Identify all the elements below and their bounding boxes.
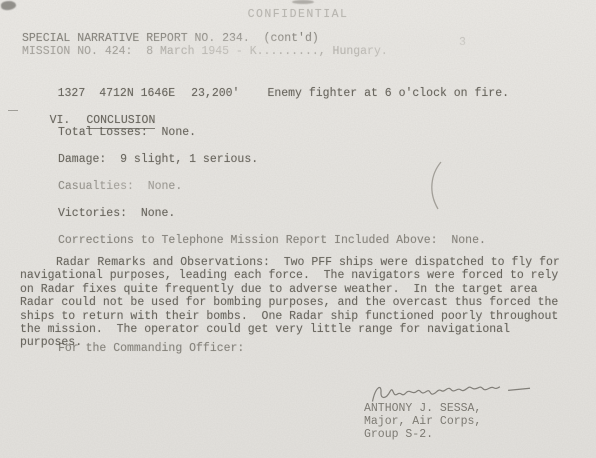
signature-unit: Group S-2. xyxy=(364,428,433,442)
scanned-document-page: CONFIDENTIAL SPECIAL NARRATIVE REPORT NO… xyxy=(0,0,596,458)
conclusion-item-corrections: Corrections to Telephone Mission Report … xyxy=(58,234,486,247)
conclusion-item-damage: Damage: 9 slight, 1 serious. xyxy=(58,153,258,166)
signature-rank: Major, Air Corps, xyxy=(364,415,481,429)
pen-stroke-mark xyxy=(426,160,446,212)
conclusion-item-victories: Victories: None. xyxy=(58,207,175,220)
radar-remarks-paragraph: Radar Remarks and Observations: Two PFF … xyxy=(20,256,578,350)
page-number: 3 xyxy=(459,36,466,49)
conclusion-item-casualties: Casualties: None. xyxy=(58,180,182,193)
entry-position: 4712N 1646E xyxy=(99,87,175,100)
closing-line: For the Commanding Officer: xyxy=(58,342,244,355)
report-title: SPECIAL NARRATIVE REPORT NO. 234. (cont'… xyxy=(22,32,319,45)
margin-pen-dash xyxy=(8,110,18,111)
mission-line: MISSION NO. 424: 8 March 1945 - K.......… xyxy=(22,45,388,58)
entry-altitude: 23,200' xyxy=(191,87,239,100)
classification-stamp: CONFIDENTIAL xyxy=(0,8,596,21)
ink-smudge-top xyxy=(292,0,314,4)
conclusion-item-total-losses: Total Losses: None. xyxy=(58,126,196,139)
signature-typed-name: ANTHONY J. SESSA, xyxy=(364,402,481,416)
entry-time: 1327 xyxy=(58,87,86,100)
entry-remark: Enemy fighter at 6 o'clock on fire. xyxy=(267,87,509,100)
